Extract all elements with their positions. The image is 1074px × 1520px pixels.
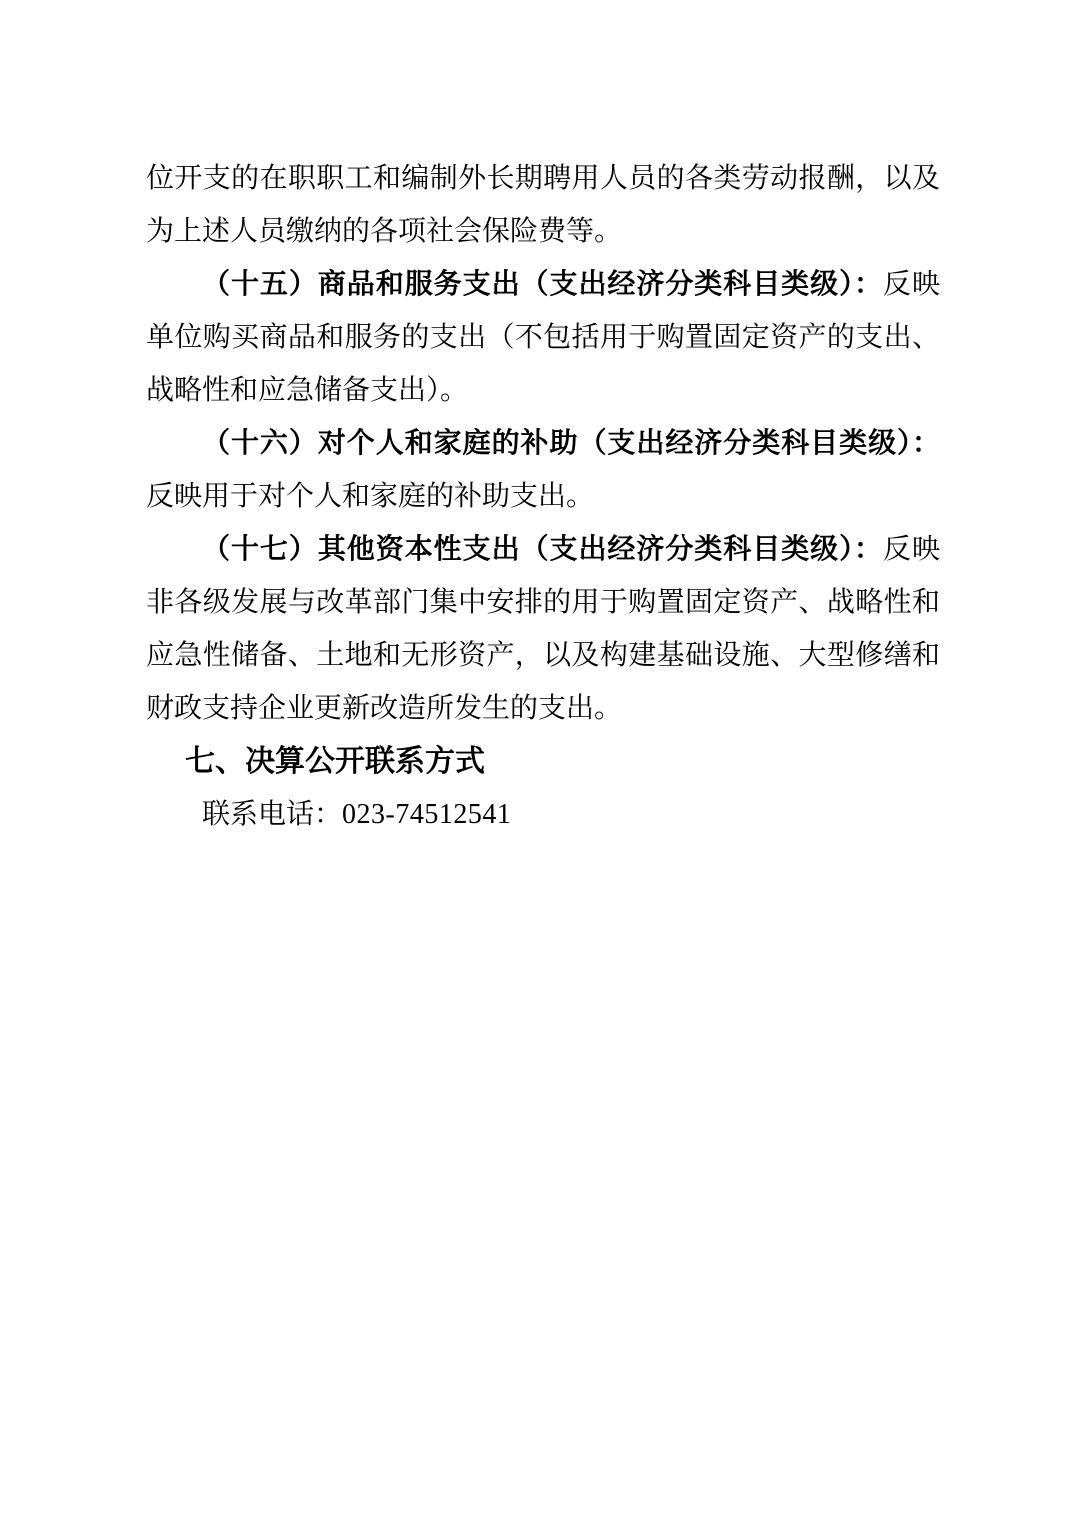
paragraph-lead-in: （十六）对个人和家庭的补助（支出经济分类科目类级）： [202,428,940,459]
document-body: 位开支的在职职工和编制外长期聘用人员的各类劳动报酬，以及为上述人员缴纳的各项社会… [146,152,940,841]
paragraph-lead-in: （十五）商品和服务支出（支出经济分类科目类级）： [202,269,883,300]
document-page: 位开支的在职职工和编制外长期聘用人员的各类劳动报酬，以及为上述人员缴纳的各项社会… [0,0,1074,1520]
contact-line: 联系电话：023-74512541 [146,788,940,841]
paragraph-text: 反映用于对个人和家庭的补助支出。 [146,481,594,512]
paragraph-continuation: 位开支的在职职工和编制外长期聘用人员的各类劳动报酬，以及为上述人员缴纳的各项社会… [146,152,940,258]
paragraph-lead-in: （十七）其他资本性支出（支出经济分类科目类级）： [202,534,883,565]
paragraph-item-15: （十五）商品和服务支出（支出经济分类科目类级）：反映单位购买商品和服务的支出（不… [146,258,940,417]
section-heading: 七、决算公开联系方式 [185,735,940,788]
paragraph-item-17: （十七）其他资本性支出（支出经济分类科目类级）：反映非各级发展与改革部门集中安排… [146,523,940,735]
paragraph-item-16: （十六）对个人和家庭的补助（支出经济分类科目类级）：反映用于对个人和家庭的补助支… [146,417,940,523]
phone-number: 023-74512541 [342,799,511,830]
paragraph-text: 位开支的在职职工和编制外长期聘用人员的各类劳动报酬，以及为上述人员缴纳的各项社会… [146,163,940,247]
contact-label: 联系电话： [202,799,342,830]
